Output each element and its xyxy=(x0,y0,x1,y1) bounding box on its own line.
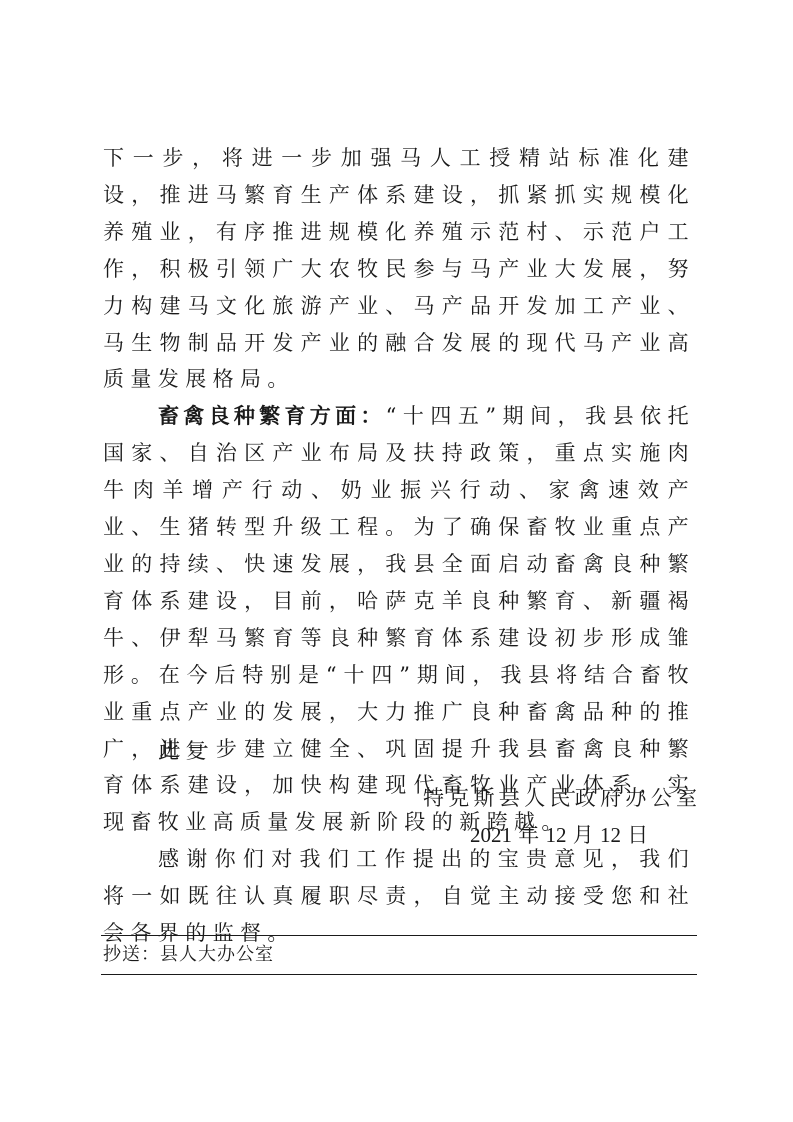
document-page: 下一步，将进一步加强马人工授精站标准化建设，推进马繁育生产体系建设，抓紧抓实规模… xyxy=(0,0,793,1122)
cc-line: 抄送：县人大办公室 xyxy=(103,942,274,968)
paragraph-horse-industry: 下一步，将进一步加强马人工授精站标准化建设，推进马繁育生产体系建设，抓紧抓实规模… xyxy=(103,140,695,398)
paragraph-heading: 畜禽良种繁育方面： xyxy=(158,403,386,428)
paragraph-livestock-breeding: 畜禽良种繁育方面：“十四五”期间，我县依托国家、自治区产业布局及扶持政策，重点实… xyxy=(103,398,695,841)
signature-date: 2021 年 12 月 12 日 xyxy=(470,817,648,854)
paragraph-text: 下一步，将进一步加强马人工授精站标准化建设，推进马繁育生产体系建设，抓紧抓实规模… xyxy=(103,146,695,391)
signature-organization: 特克斯县人民政府办公室 xyxy=(423,780,701,817)
cc-top-rule xyxy=(101,935,697,936)
closing-remark: 此复 xyxy=(158,733,213,770)
cc-bottom-rule xyxy=(101,974,697,975)
cc-recipients: 县人大办公室 xyxy=(160,944,274,965)
cc-label: 抄送： xyxy=(103,944,160,965)
paragraph-text: 感谢你们对我们工作提出的宝贵意见，我们将一如既往认真履职尽责，自觉主动接受您和社… xyxy=(103,847,695,945)
